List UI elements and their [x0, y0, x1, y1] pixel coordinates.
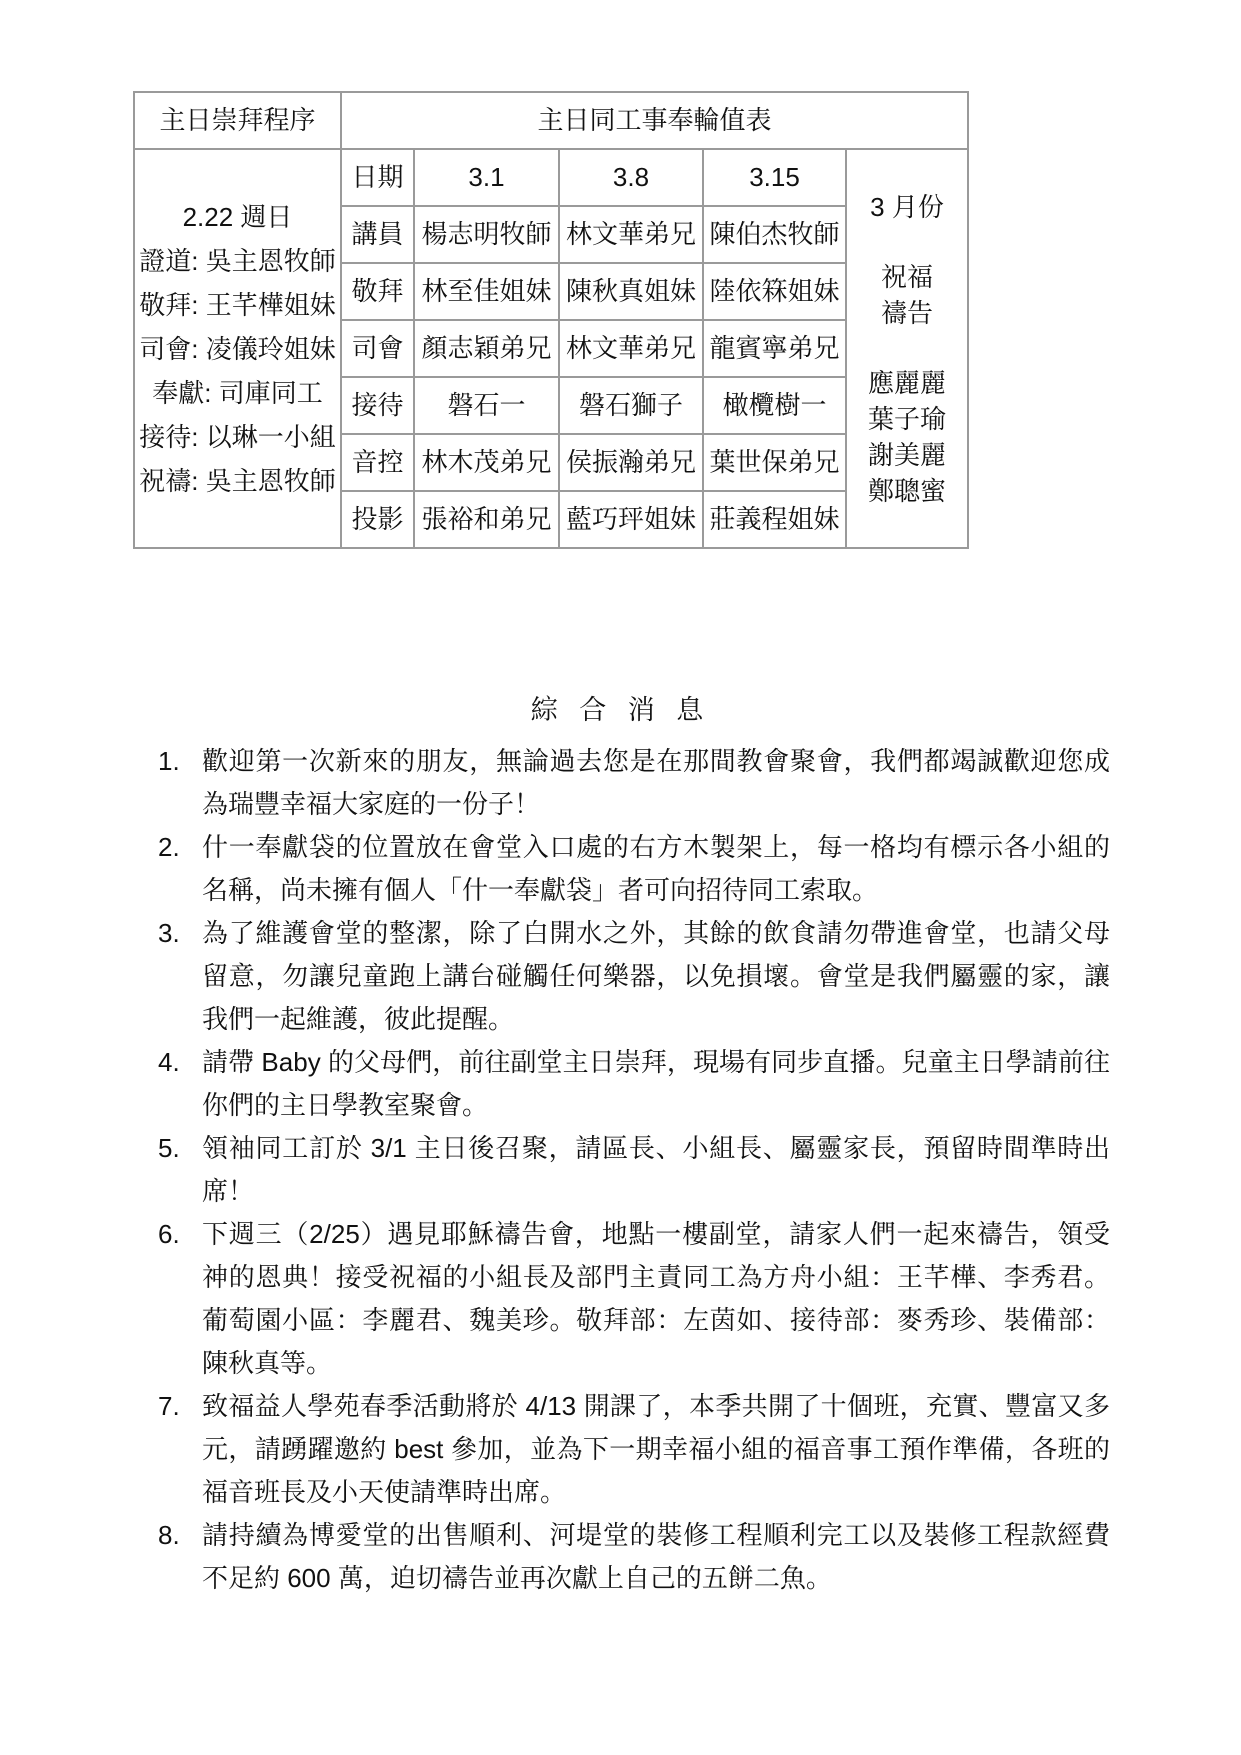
- worship-line: 祝禱: 吳主恩牧師: [135, 459, 340, 503]
- worship-line: 司會: 凌儀玲姐妹: [135, 327, 340, 371]
- duty-roster-header: 主日同工事奉輪值表: [341, 92, 968, 149]
- item-text: 為了維護會堂的整潔，除了白開水之外，其餘的飲食請勿帶進會堂，也請父母留意，勿讓兒…: [202, 912, 1110, 1041]
- row-label: 音控: [341, 434, 414, 491]
- table-row: 2.22 週日 證道: 吳主恩牧師 敬拜: 王芊樺姐妹 司會: 凌儀玲姐妹 奉獻…: [134, 149, 968, 206]
- row-label: 日期: [341, 149, 414, 206]
- item-number: 3.: [158, 912, 202, 955]
- cell-date-3: 3.15: [703, 149, 846, 206]
- cell: 楊志明牧師: [414, 206, 559, 263]
- worship-date: 2.22 週日: [135, 195, 340, 239]
- worship-line: 接待: 以琳一小組: [135, 415, 340, 459]
- blessing-name: 應麗麗: [847, 365, 967, 401]
- list-item: 3. 為了維護會堂的整潔，除了白開水之外，其餘的飲食請勿帶進會堂，也請父母留意，…: [158, 912, 1110, 1041]
- cell: 陳秋真姐妹: [559, 263, 703, 320]
- cell: 林文華弟兄: [559, 320, 703, 377]
- item-number: 7.: [158, 1385, 202, 1428]
- cell: 龍賓寧弟兄: [703, 320, 846, 377]
- list-item: 6. 下週三（2/25）遇見耶穌禱告會，地點一樓副堂，請家人們一起來禱告，領受神…: [158, 1213, 1110, 1385]
- month-title: 3 月份: [847, 189, 967, 225]
- list-item: 4. 請帶 Baby 的父母們，前往副堂主日崇拜，現場有同步直播。兒童主日學請前…: [158, 1041, 1110, 1127]
- duty-roster-table: 主日崇拜程序 主日同工事奉輪值表 2.22 週日 證道: 吳主恩牧師 敬拜: 王…: [133, 91, 969, 549]
- cell: 顏志穎弟兄: [414, 320, 559, 377]
- item-number: 5.: [158, 1127, 202, 1170]
- month-blessing-cell: 3 月份 祝福 禱告 應麗麗 葉子瑜 謝美麗 鄭聰蜜: [846, 149, 968, 548]
- cell: 橄欖樹一: [703, 377, 846, 434]
- cell: 陳伯杰牧師: [703, 206, 846, 263]
- list-item: 2. 什一奉獻袋的位置放在會堂入口處的右方木製架上，每一格均有標示各小組的名稱，…: [158, 826, 1110, 912]
- worship-program-cell: 2.22 週日 證道: 吳主恩牧師 敬拜: 王芊樺姐妹 司會: 凌儀玲姐妹 奉獻…: [134, 149, 341, 548]
- cell: 侯振瀚弟兄: [559, 434, 703, 491]
- table-header-row: 主日崇拜程序 主日同工事奉輪值表: [134, 92, 968, 149]
- cell-date-2: 3.8: [559, 149, 703, 206]
- item-number: 6.: [158, 1213, 202, 1256]
- blessing-name: 鄭聰蜜: [847, 473, 967, 509]
- item-text: 什一奉獻袋的位置放在會堂入口處的右方木製架上，每一格均有標示各小組的名稱，尚未擁…: [202, 826, 1110, 912]
- item-number: 2.: [158, 826, 202, 869]
- row-label: 司會: [341, 320, 414, 377]
- list-item: 8. 請持續為博愛堂的出售順利、河堤堂的裝修工程順利完工以及裝修工程款經費不足約…: [158, 1514, 1110, 1600]
- bulletin-page: 主日崇拜程序 主日同工事奉輪值表 2.22 週日 證道: 吳主恩牧師 敬拜: 王…: [0, 0, 1241, 1755]
- item-number: 1.: [158, 740, 202, 783]
- cell-date-1: 3.1: [414, 149, 559, 206]
- item-text: 請持續為博愛堂的出售順利、河堤堂的裝修工程順利完工以及裝修工程款經費不足約 60…: [202, 1514, 1110, 1600]
- cell: 藍巧玶姐妹: [559, 491, 703, 548]
- row-label: 接待: [341, 377, 414, 434]
- item-text: 下週三（2/25）遇見耶穌禱告會，地點一樓副堂，請家人們一起來禱告，領受神的恩典…: [202, 1213, 1110, 1385]
- item-text: 請帶 Baby 的父母們，前往副堂主日崇拜，現場有同步直播。兒童主日學請前往你們…: [202, 1041, 1110, 1127]
- cell: 磐石獅子: [559, 377, 703, 434]
- duty-label: 祝福: [847, 259, 967, 295]
- cell: 磐石一: [414, 377, 559, 434]
- cell: 葉世保弟兄: [703, 434, 846, 491]
- item-text: 領袖同工訂於 3/1 主日後召聚，請區長、小組長、屬靈家長，預留時間準時出席！: [202, 1127, 1110, 1213]
- list-item: 5. 領袖同工訂於 3/1 主日後召聚，請區長、小組長、屬靈家長，預留時間準時出…: [158, 1127, 1110, 1213]
- cell: 莊義程姐妹: [703, 491, 846, 548]
- duty-label: 禱告: [847, 295, 967, 331]
- cell: 張裕和弟兄: [414, 491, 559, 548]
- worship-line: 奉獻: 司庫同工: [135, 371, 340, 415]
- row-label: 講員: [341, 206, 414, 263]
- item-text: 致福益人學苑春季活動將於 4/13 開課了，本季共開了十個班，充實、豐富又多元，…: [202, 1385, 1110, 1514]
- item-number: 8.: [158, 1514, 202, 1557]
- worship-line: 證道: 吳主恩牧師: [135, 239, 340, 283]
- worship-program-header: 主日崇拜程序: [134, 92, 341, 149]
- item-number: 4.: [158, 1041, 202, 1084]
- row-label: 投影: [341, 491, 414, 548]
- cell: 林文華弟兄: [559, 206, 703, 263]
- cell: 林至佳姐妹: [414, 263, 559, 320]
- item-text: 歡迎第一次新來的朋友，無論過去您是在那間教會聚會，我們都竭誠歡迎您成為瑞豐幸福大…: [202, 740, 1110, 826]
- list-item: 1. 歡迎第一次新來的朋友，無論過去您是在那間教會聚會，我們都竭誠歡迎您成為瑞豐…: [158, 740, 1110, 826]
- worship-line: 敬拜: 王芊樺姐妹: [135, 283, 340, 327]
- row-label: 敬拜: [341, 263, 414, 320]
- news-list: 1. 歡迎第一次新來的朋友，無論過去您是在那間教會聚會，我們都竭誠歡迎您成為瑞豐…: [158, 740, 1110, 1600]
- cell: 陸依箖姐妹: [703, 263, 846, 320]
- blessing-name: 葉子瑜: [847, 401, 967, 437]
- cell: 林木茂弟兄: [414, 434, 559, 491]
- news-section-title: 綜 合 消 息: [0, 688, 1241, 727]
- blessing-name-list: 應麗麗 葉子瑜 謝美麗 鄭聰蜜: [847, 365, 967, 509]
- list-item: 7. 致福益人學苑春季活動將於 4/13 開課了，本季共開了十個班，充實、豐富又…: [158, 1385, 1110, 1514]
- blessing-name: 謝美麗: [847, 437, 967, 473]
